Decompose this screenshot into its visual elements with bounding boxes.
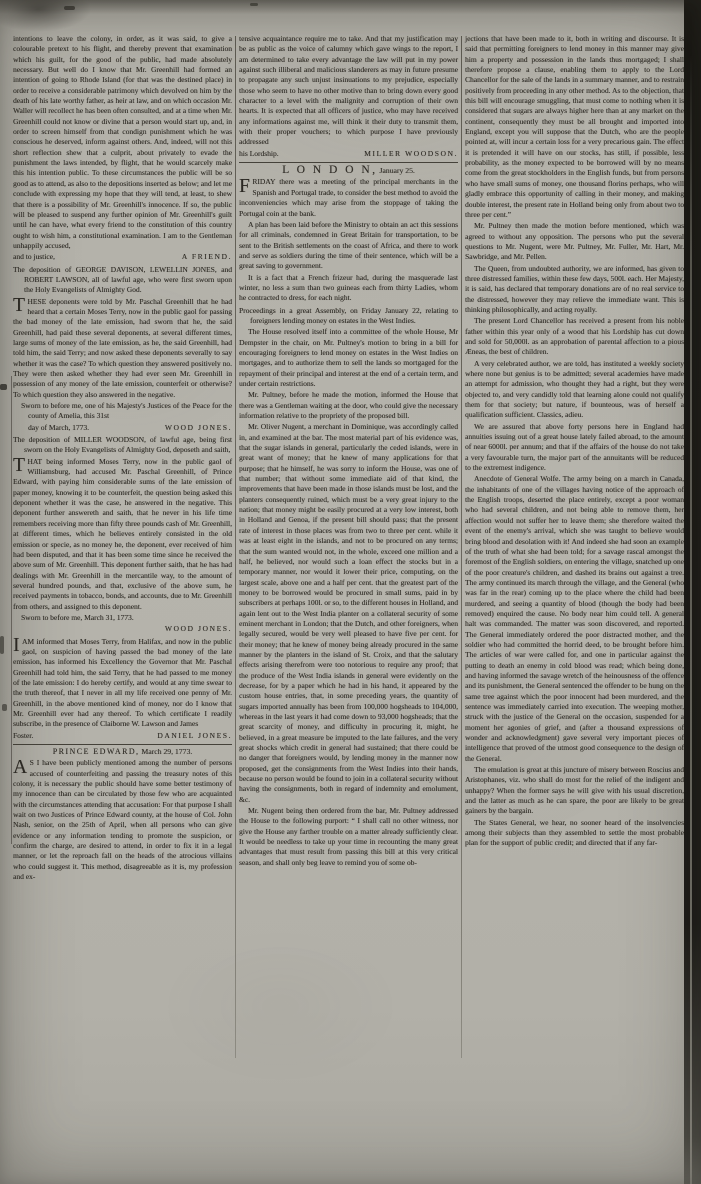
deposition-heading: The deposition of MILLER WOODSON, of law…	[13, 435, 232, 456]
paragraph-text: HESE deponents were told by Mr. Paschal …	[13, 297, 232, 399]
drop-cap: I	[13, 637, 22, 655]
signature-line: WOOD JONES.	[13, 624, 232, 634]
signature-line: his Lordship. MILLER WOODSON.	[239, 149, 458, 159]
scan-binding-strip	[684, 0, 701, 1184]
ink-speck	[64, 6, 75, 10]
paragraph: Mr. Pultney, before he made the motion, …	[239, 390, 458, 421]
dateline: PRINCE EDWARD, March 29, 1773.	[13, 747, 232, 757]
signature-line: day of March, 1773. WOOD JONES.	[13, 423, 232, 433]
signature-lead: his Lordship.	[239, 149, 279, 159]
text-column-3: jections that have been made to it, both…	[465, 34, 684, 1058]
paragraph: The States General, we hear, no sooner h…	[465, 818, 684, 849]
paragraph: The House resolved itself into a committ…	[239, 327, 458, 389]
deposition-heading: The deposition of GEORGE DAVISON, LEWELL…	[13, 265, 232, 296]
paragraph: jections that have been made to it, both…	[465, 34, 684, 220]
scan-binding-highlight	[690, 55, 692, 1184]
sworn-statement: Sworn to before me, March 31, 1773.	[13, 613, 232, 623]
paragraph-text: HAT being informed Moses Terry, now in t…	[13, 457, 232, 611]
text-columns: intentions to leave the colony, in order…	[13, 34, 685, 1058]
signature-name: WOOD JONES.	[165, 624, 232, 634]
paragraph: Mr. Oliver Nugent, a merchant in Dominiq…	[239, 422, 458, 805]
page-edge-shadow-top	[0, 0, 701, 14]
newspaper-scan-page: intentions to leave the colony, in order…	[0, 0, 701, 1184]
paragraph: A very celebrated author, we are told, h…	[465, 359, 684, 421]
dateline: L O N D O N, January 25.	[239, 165, 458, 176]
paragraph: intentions to leave the colony, in order…	[13, 34, 232, 251]
ink-speck	[0, 384, 7, 390]
paragraph-text: AM informed that Moses Terry, from Halif…	[13, 637, 232, 729]
paragraph: The Queen, from undoubted authority, we …	[465, 264, 684, 316]
signature-lead: and to justice,	[13, 252, 55, 262]
paragraph: A plan has been laid before the Ministry…	[239, 220, 458, 272]
signature-lead: Foster.	[13, 731, 33, 741]
paragraph: AS I have been publicly mentioned among …	[13, 758, 232, 882]
signature-lead: day of March, 1773.	[28, 423, 89, 433]
signature-name: MILLER WOODSON.	[364, 149, 458, 159]
paragraph: The present Lord Chancellor has received…	[465, 316, 684, 357]
signature-line: and to justice, A FRIEND.	[13, 252, 232, 262]
paragraph: Proceedings in a great Assembly, on Frid…	[239, 306, 458, 327]
ink-speck	[2, 704, 7, 711]
signature-name: DANIEL JONES.	[157, 731, 232, 741]
left-margin-rule	[11, 376, 12, 844]
dateline-place: L O N D O N,	[282, 164, 377, 176]
paragraph: Mr. Nugent being then ordered from the b…	[239, 806, 458, 868]
column-rule	[461, 36, 462, 1058]
ink-speck	[250, 3, 258, 6]
paragraph: tensive acquaintance require me to take.…	[239, 34, 458, 148]
text-column-2: tensive acquaintance require me to take.…	[239, 34, 458, 1058]
dateline-date: January 25.	[379, 166, 414, 175]
paragraph: FRIDAY there was a meeting of the princi…	[239, 177, 458, 218]
paragraph-text: S I have been publicly mentioned among t…	[13, 758, 232, 881]
paragraph: Anecdote of General Wolfe. The army bein…	[465, 474, 684, 764]
drop-cap: T	[13, 297, 27, 315]
paragraph: Mr. Pultney then made the motion before …	[465, 221, 684, 262]
signature-line: Foster. DANIEL JONES.	[13, 731, 232, 741]
sworn-statement: Sworn to before me, one of his Majesty's…	[13, 401, 232, 422]
drop-cap: A	[13, 758, 30, 776]
paragraph: IAM informed that Moses Terry, from Hali…	[13, 637, 232, 730]
scan-corner-stain	[0, 0, 91, 32]
signature-name: A FRIEND.	[182, 252, 232, 262]
dateline-date: March 29, 1773.	[141, 747, 192, 756]
paragraph: THESE deponents were told by Mr. Paschal…	[13, 297, 232, 400]
ink-speck	[0, 636, 4, 654]
paragraph: THAT being informed Moses Terry, now in …	[13, 457, 232, 612]
paragraph-text: RIDAY there was a meeting of the princip…	[239, 177, 458, 217]
drop-cap: F	[239, 177, 252, 195]
drop-cap: T	[13, 457, 27, 475]
signature-name: WOOD JONES.	[165, 423, 232, 433]
paragraph: We are assured that above forty persons …	[465, 422, 684, 474]
paragraph: It is a fact that a French frizeur had, …	[239, 273, 458, 304]
text-column-1: intentions to leave the colony, in order…	[13, 34, 232, 1058]
column-rule	[235, 36, 236, 1058]
paragraph: The emulation is great at this juncture …	[465, 765, 684, 817]
section-rule	[239, 162, 458, 163]
dateline-place: PRINCE EDWARD,	[53, 747, 140, 756]
section-rule	[13, 744, 232, 745]
